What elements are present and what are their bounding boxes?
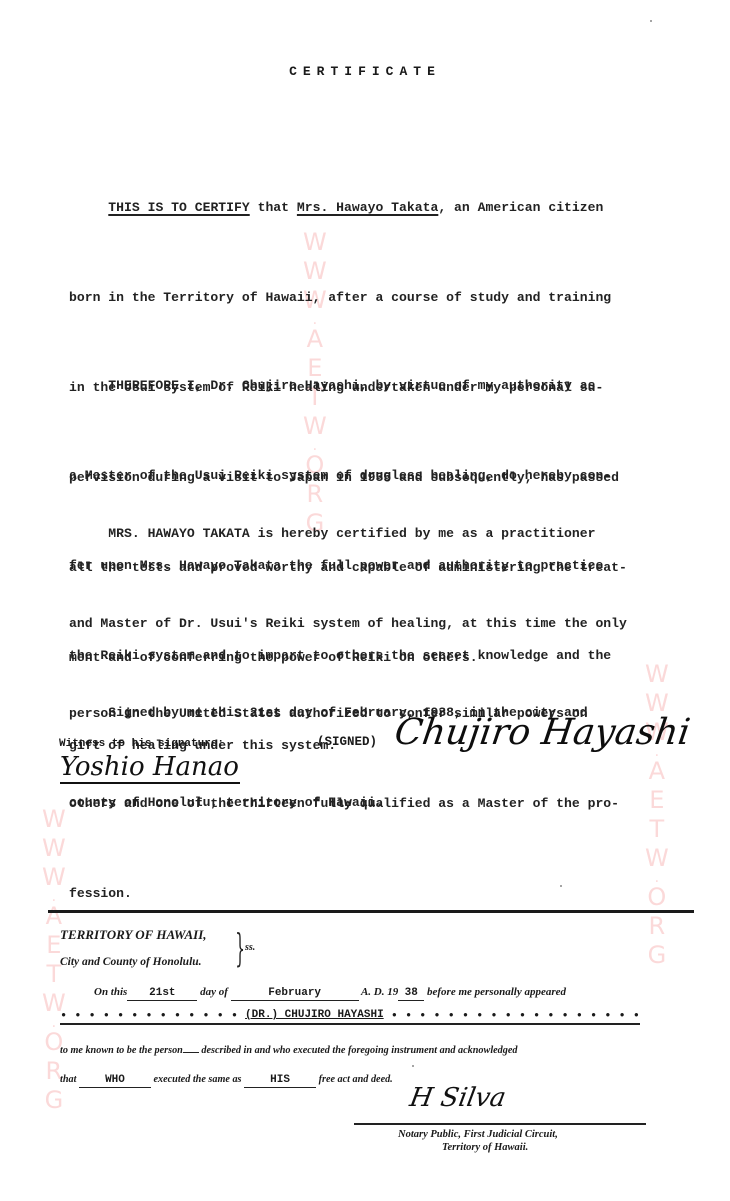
- notary-territory-heading: TERRITORY OF HAWAII,: [60, 927, 207, 943]
- leader-dot: •: [590, 1009, 597, 1023]
- certify-lead: THIS IS TO CERTIFY: [108, 200, 249, 215]
- leader-dot: •: [476, 1009, 483, 1023]
- leader-dot: •: [604, 1009, 611, 1023]
- leader-dot: •: [103, 1009, 110, 1023]
- paper-speck: [650, 20, 652, 22]
- leader-dot: •: [391, 1009, 398, 1023]
- notary-that-line: that WHO executed the same as HIS free a…: [60, 1074, 393, 1088]
- section-divider: [48, 910, 694, 913]
- month-field: February: [231, 987, 359, 1001]
- certified-name: Mrs. Hawayo Takata: [297, 200, 438, 215]
- leader-dot: •: [618, 1009, 625, 1023]
- notary-known-line: to me known to be the person described i…: [60, 1045, 517, 1056]
- leader-dot: •: [633, 1009, 640, 1023]
- paragraph-line: born in the Territory of Hawaii, after a…: [69, 283, 694, 313]
- paragraph-line: fession.: [69, 879, 694, 909]
- appeared-name-line: •••••••••••••(DR.) CHUJIRO HAYASHI••••••…: [60, 1009, 640, 1025]
- leader-dot: •: [462, 1009, 469, 1023]
- brace-symbol: }: [235, 928, 245, 968]
- notary-territory: Territory of Hawaii.: [442, 1142, 528, 1153]
- paragraph-line: and Master of Dr. Usui's Reiki system of…: [69, 609, 694, 639]
- appeared-name: (DR.) CHUJIRO HAYASHI: [245, 1009, 384, 1023]
- leader-dot: •: [405, 1009, 412, 1023]
- witness-signature: Yoshio Hanao: [60, 752, 240, 822]
- year-field: 38: [398, 987, 424, 1001]
- witness-label: Witness to his signature:: [59, 738, 224, 750]
- certificate-document: CERTIFICATE THIS IS TO CERTIFY that Mrs.…: [0, 0, 730, 1201]
- leader-dot: •: [188, 1009, 195, 1023]
- leader-dot: •: [217, 1009, 224, 1023]
- leader-dot: •: [131, 1009, 138, 1023]
- leader-dot: •: [60, 1009, 67, 1023]
- leader-dot: •: [88, 1009, 95, 1023]
- document-title: CERTIFICATE: [0, 64, 730, 79]
- notary-signature: H Silva: [407, 1083, 508, 1113]
- notary-signature-line: [354, 1123, 646, 1125]
- who-field: WHO: [79, 1074, 151, 1088]
- paragraph-certify-line: THIS IS TO CERTIFY that Mrs. Hawayo Taka…: [69, 193, 694, 223]
- leader-dot: •: [448, 1009, 455, 1023]
- notary-title: Notary Public, First Judicial Circuit,: [398, 1129, 558, 1140]
- leader-dot: •: [174, 1009, 181, 1023]
- leader-dot: •: [145, 1009, 152, 1023]
- his-field: HIS: [244, 1074, 316, 1088]
- leader-dot: •: [533, 1009, 540, 1023]
- leader-dot: •: [519, 1009, 526, 1023]
- signed-label: (SIGNED): [317, 735, 377, 749]
- leader-dot: •: [74, 1009, 81, 1023]
- leader-dot: •: [202, 1009, 209, 1023]
- leader-dot: •: [490, 1009, 497, 1023]
- leader-dot: •: [117, 1009, 124, 1023]
- paragraph-line: THEREFORE I, Dr. Chujiro Hayashi, by vir…: [69, 371, 694, 401]
- leader-dot: •: [419, 1009, 426, 1023]
- leader-dot: •: [231, 1009, 238, 1023]
- witness-signature-line: [60, 782, 240, 784]
- ss-mark: ss.: [245, 942, 255, 953]
- paragraph-line: MRS. HAWAYO TAKATA is hereby certified b…: [69, 519, 694, 549]
- leader-dot: •: [505, 1009, 512, 1023]
- paper-speck: [560, 885, 562, 887]
- leader-dot: •: [576, 1009, 583, 1023]
- day-field: 21st: [127, 987, 197, 1001]
- leader-dot: •: [562, 1009, 569, 1023]
- notary-date-line: On this21st day of February A. D. 1938 b…: [94, 986, 566, 1001]
- paper-speck: [412, 1065, 414, 1067]
- hayashi-signature: Chujiro Hayashi: [392, 712, 693, 753]
- leader-dot: •: [160, 1009, 167, 1023]
- leader-dot: •: [547, 1009, 554, 1023]
- leader-dot: •: [433, 1009, 440, 1023]
- notary-county-heading: City and County of Honolulu.: [60, 956, 202, 968]
